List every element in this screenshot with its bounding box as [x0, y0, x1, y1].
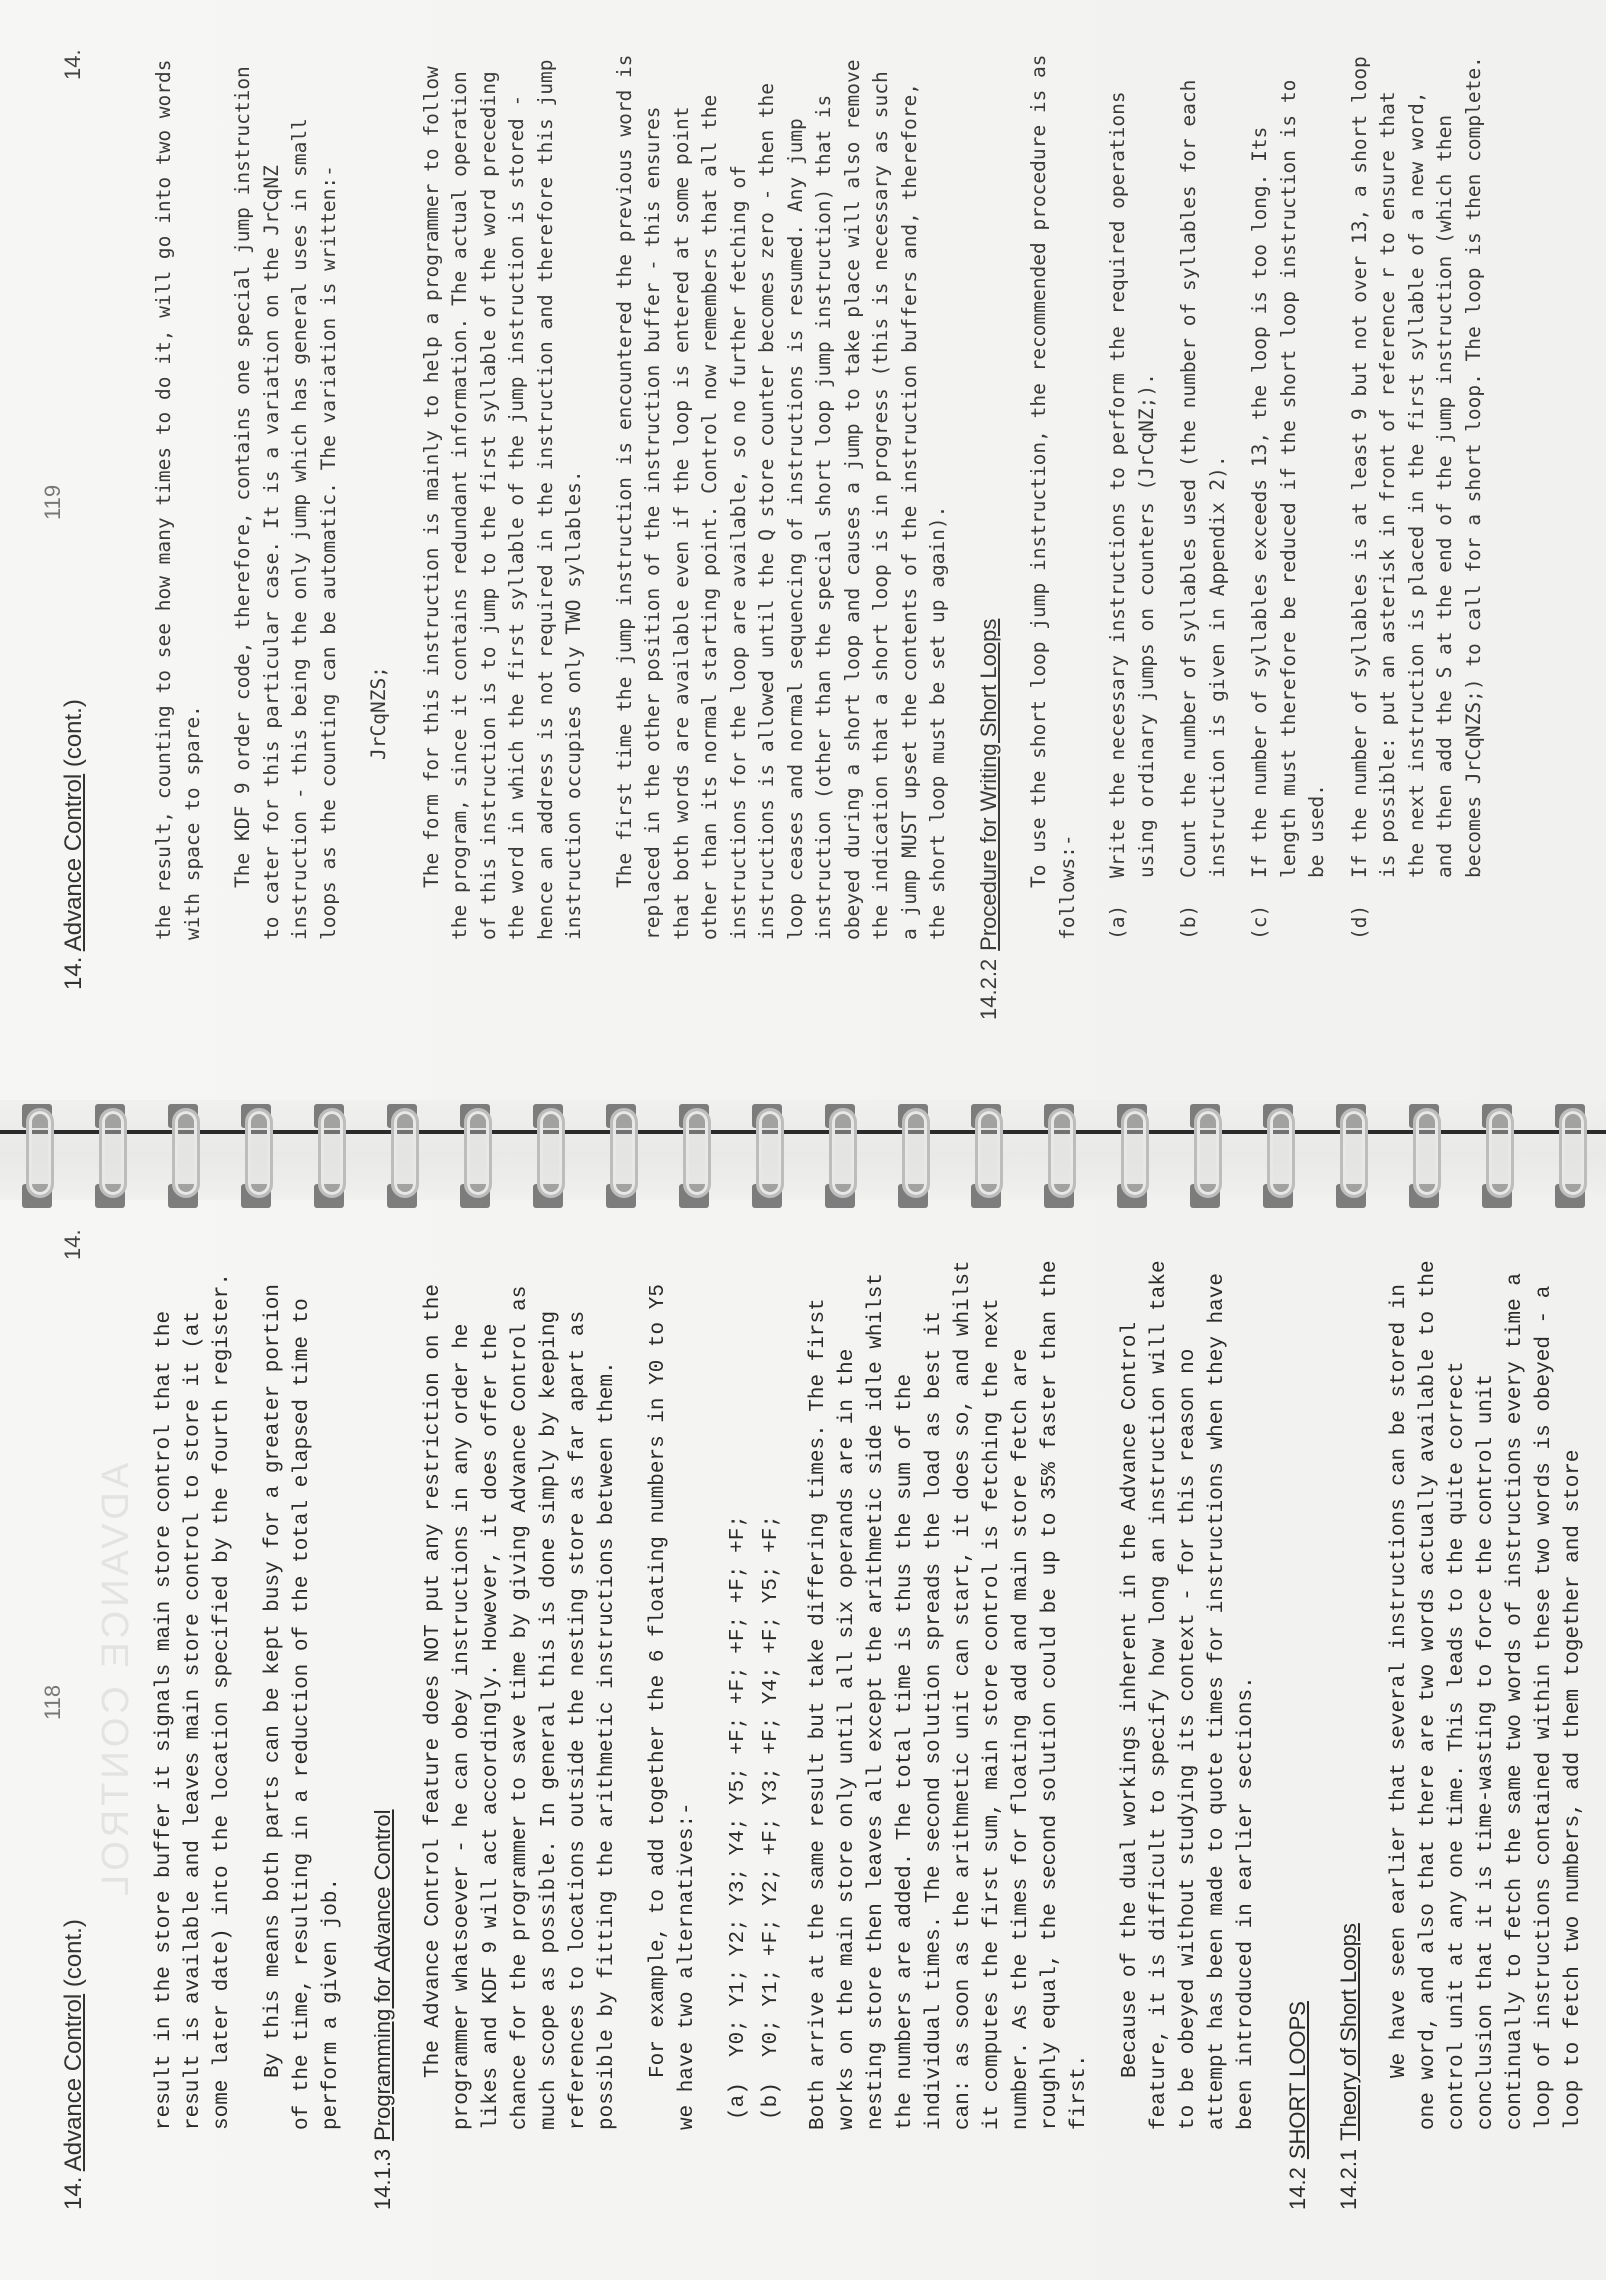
alt-code: Y0; Y1; +F; Y2; +F; Y3; +F; Y4; +F; Y5; …: [760, 1515, 783, 2057]
ring-wire: [975, 1108, 1003, 1198]
spiral-binding: [0, 1100, 1606, 1200]
ring-wire: [99, 1108, 127, 1198]
section-number: 14.2.2: [976, 959, 1001, 1020]
paragraph: Both arrive at the same result but take …: [804, 1260, 1094, 2130]
section-heading-14-2-2: 14.2.2Procedure for Writing Short Loops: [975, 50, 1004, 1020]
binding-ring: [1336, 1108, 1366, 1208]
alt-label: (a): [727, 2082, 750, 2120]
alt-label: (b): [760, 2082, 783, 2120]
ring-wire: [1413, 1108, 1441, 1198]
procedure-step-d: (d)If the number of syllables is at leas…: [1346, 50, 1489, 940]
section-title: Programming for Advance Control: [370, 1809, 395, 2140]
paragraph: The Advance Control feature does NOT put…: [419, 1260, 622, 2130]
binding-ring: [898, 1108, 928, 1208]
binding-ring: [460, 1108, 490, 1208]
binding-ring: [22, 1108, 52, 1208]
section-number: 14.2.1: [1336, 2149, 1361, 2210]
paragraph: We have seen earlier that several instru…: [1385, 1260, 1588, 2130]
ring-wire: [1486, 1108, 1514, 1198]
page-number: 119: [40, 485, 66, 520]
binding-ring: [533, 1108, 563, 1208]
paragraph: To use the short loop jump instruction, …: [1025, 50, 1082, 940]
bleed-through-text: ADVANCE CONTROL: [95, 1463, 138, 1900]
binding-ring: [825, 1108, 855, 1208]
page-body: the result, counting to see how many tim…: [150, 50, 1502, 940]
page-119: 119 14. Advance Control (cont.) 14. the …: [0, 0, 1606, 1100]
paragraph: the result, counting to see how many tim…: [150, 50, 207, 940]
binding-ring: [1190, 1108, 1220, 1208]
binding-ring: [314, 1108, 344, 1208]
ring-wire: [391, 1108, 419, 1198]
binding-ring: [1117, 1108, 1147, 1208]
ring-wire: [902, 1108, 930, 1198]
ring-wire: [537, 1108, 565, 1198]
step-label: (a): [1104, 878, 1161, 940]
binding-ring: [168, 1108, 198, 1208]
binding-ring: [241, 1108, 271, 1208]
step-label: (d): [1346, 878, 1489, 940]
chapter-number: 14.: [60, 2177, 87, 2210]
procedure-step-c: (c)If the number of syllables exceeds 13…: [1246, 50, 1332, 940]
page-body: result in the store buffer it signals ma…: [150, 1260, 1606, 2130]
header-suffix: (cont.): [60, 1919, 87, 1987]
binding-ring: [95, 1108, 125, 1208]
alt-code: Y0; Y1; Y2; Y3; Y4; Y5; +F; +F; +F; +F; …: [727, 1515, 750, 2057]
ring-wire: [1267, 1108, 1295, 1198]
step-text: Count the number of syllables used (the …: [1175, 50, 1232, 878]
binding-ring: [1263, 1108, 1293, 1208]
ring-wire: [464, 1108, 492, 1198]
ring-wire: [318, 1108, 346, 1198]
step-text: If the number of syllables exceeds 13, t…: [1246, 50, 1332, 878]
binding-ring: [387, 1108, 417, 1208]
page-number: 118: [40, 1685, 66, 1720]
page-118: ADVANCE CONTROL 118 14. Advance Control …: [0, 1200, 1606, 2280]
ring-wire: [1121, 1108, 1149, 1198]
alternative-a: (a) Y0; Y1; Y2; Y3; Y4; Y5; +F; +F; +F; …: [724, 1260, 753, 2120]
running-header: 14. Advance Control (cont.): [60, 1919, 88, 2210]
paragraph: Because of the dual workings inherent in…: [1116, 1260, 1261, 2130]
binding-ring: [1044, 1108, 1074, 1208]
chapter-number-right: 14.: [60, 49, 86, 80]
running-header: 14. Advance Control (cont.): [60, 699, 88, 990]
step-label: (b): [1175, 878, 1232, 940]
section-heading-14-2-1: 14.2.1Theory of Short Loops: [1334, 1260, 1363, 2210]
paragraph: The first time the jump instruction is e…: [611, 50, 953, 940]
section-title: Theory of Short Loops: [1336, 1923, 1361, 2141]
ring-wire: [1559, 1108, 1587, 1198]
binding-ring: [971, 1108, 1001, 1208]
ring-wire: [1194, 1108, 1222, 1198]
section-number: 14.1.3: [370, 2149, 395, 2210]
section-heading-14-1-3: 14.1.3Programming for Advance Control: [368, 1260, 397, 2210]
chapter-number-right: 14.: [60, 1229, 86, 1260]
section-number: 14.2: [1285, 2167, 1310, 2210]
binding-ring: [679, 1108, 709, 1208]
ring-wire: [1340, 1108, 1368, 1198]
binding-ring: [1555, 1108, 1585, 1208]
chapter-number: 14.: [60, 957, 87, 990]
paragraph: The form for this instruction is mainly …: [418, 50, 589, 940]
ring-wire: [683, 1108, 711, 1198]
binding-ring: [1409, 1108, 1439, 1208]
binding-ring: [752, 1108, 782, 1208]
ring-wire: [1048, 1108, 1076, 1198]
paragraph: result in the store buffer it signals ma…: [150, 1260, 237, 2130]
alternative-b: (b) Y0; Y1; +F; Y2; +F; Y3; +F; Y4; +F; …: [757, 1260, 786, 2120]
procedure-step-b: (b)Count the number of syllables used (t…: [1175, 50, 1232, 940]
ring-wire: [756, 1108, 784, 1198]
ring-wire: [26, 1108, 54, 1198]
step-text: Write the necessary instructions to perf…: [1104, 50, 1161, 878]
binding-ring: [606, 1108, 636, 1208]
paragraph: By this means both parts can be kept bus…: [259, 1260, 346, 2130]
chapter-title: Advance Control: [60, 774, 87, 951]
paragraph: The KDF 9 order code, therefore, contain…: [229, 50, 343, 940]
step-label: (c): [1246, 878, 1332, 940]
ring-wire: [172, 1108, 200, 1198]
step-text: If the number of syllables is at least 9…: [1346, 50, 1489, 878]
header-suffix: (cont.): [60, 699, 87, 767]
code-line: JrCqNZS;: [365, 50, 394, 760]
section-heading-14-2: 14.2SHORT LOOPS: [1283, 1260, 1312, 2210]
section-title: SHORT LOOPS: [1285, 2001, 1310, 2159]
chapter-title: Advance Control: [60, 1994, 87, 2171]
section-title: Procedure for Writing Short Loops: [976, 619, 1001, 951]
procedure-step-a: (a)Write the necessary instructions to p…: [1104, 50, 1161, 940]
paragraph: For example, to add together the 6 float…: [644, 1260, 702, 2130]
ring-wire: [245, 1108, 273, 1198]
ring-wire: [829, 1108, 857, 1198]
binding-ring: [1482, 1108, 1512, 1208]
scanned-document-spread: ADVANCE CONTROL 118 14. Advance Control …: [0, 0, 1606, 2280]
ring-wire: [610, 1108, 638, 1198]
